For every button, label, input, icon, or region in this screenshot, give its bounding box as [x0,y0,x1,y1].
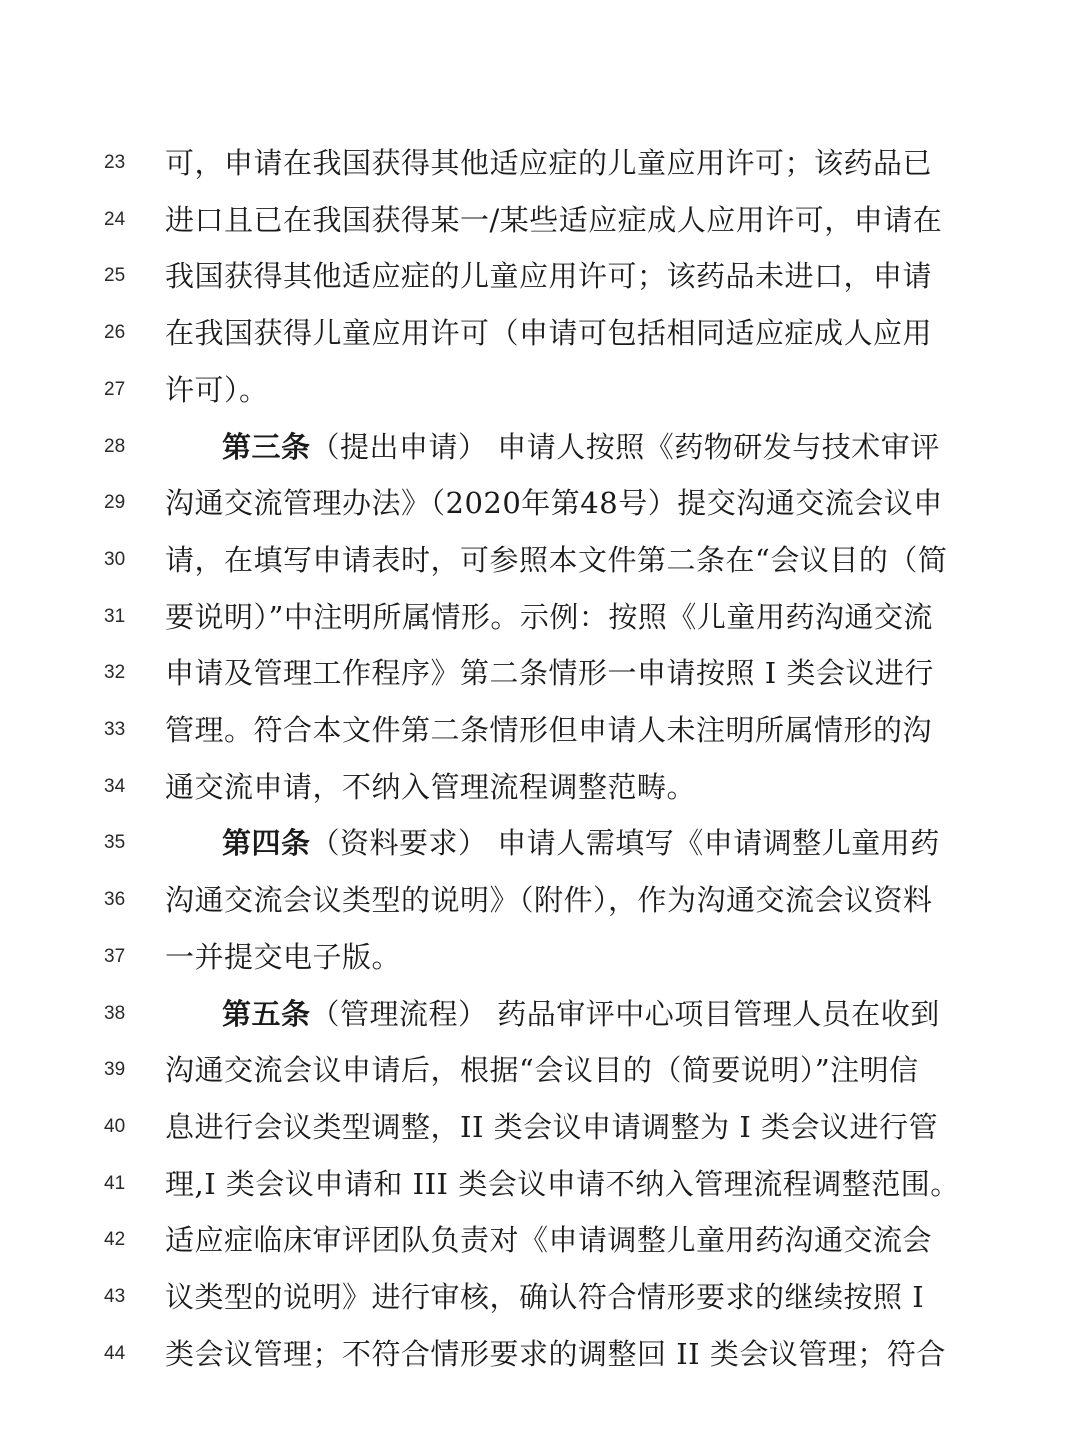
line-number: 27 [104,362,144,418]
line-text: 类会议管理；不符合情形要求的调整回 II 类会议管理；符合 [165,1326,917,1382]
line-number: 29 [104,475,144,531]
document-line: 39 沟通交流会议申请后，根据“会议目的（简要说明）”注明信 [0,1042,1080,1098]
line-text: 我国获得其他适应症的儿童应用许可；该药品未进口，申请 [165,248,917,304]
line-text: 沟通交流会议类型的说明》（附件），作为沟通交流会议资料 [165,872,917,928]
line-number: 24 [104,192,144,248]
article-heading-line: 28 第三条（提出申请） 申请人按照《药物研发与技术审评 [0,419,1080,475]
article-body: （管理流程） 药品审评中心项目管理人员在收到 [311,997,940,1031]
line-text: 在我国获得儿童应用许可（申请可包括相同适应症成人应用 [165,305,917,361]
line-text: 适应症临床审评团队负责对《申请调整儿童用药沟通交流会 [165,1212,917,1268]
line-text: 可，申请在我国获得其他适应症的儿童应用许可；该药品已 [165,135,917,191]
article-title: 第三条 [222,430,311,464]
line-text: 请，在填写申请表时，可参照本文件第二条在“会议目的（简 [165,532,917,588]
line-number: 35 [104,815,144,871]
document-line: 41 理,I 类会议申请和 III 类会议申请不纳入管理流程调整范围。 [0,1156,1080,1212]
line-text: 管理。符合本文件第二条情形但申请人未注明所属情形的沟 [165,702,917,758]
line-text: 通交流申请，不纳入管理流程调整范畴。 [165,759,917,815]
line-text: 许可）。 [165,362,917,418]
document-line: 32 申请及管理工作程序》第二条情形一申请按照 I 类会议进行 [0,645,1080,701]
document-line: 31 要说明）”中注明所属情形。示例：按照《儿童用药沟通交流 [0,589,1080,645]
line-number: 23 [104,135,144,191]
document-line: 34 通交流申请，不纳入管理流程调整范畴。 [0,759,1080,815]
line-number: 42 [104,1212,144,1268]
line-number: 26 [104,305,144,361]
document-line: 44 类会议管理；不符合情形要求的调整回 II 类会议管理；符合 [0,1326,1080,1382]
line-text: 申请及管理工作程序》第二条情形一申请按照 I 类会议进行 [165,645,917,701]
line-number: 44 [104,1326,144,1382]
document-line: 23 可，申请在我国获得其他适应症的儿童应用许可；该药品已 [0,135,1080,191]
article-heading-line: 38 第五条（管理流程） 药品审评中心项目管理人员在收到 [0,986,1080,1042]
article-title: 第四条 [222,826,311,860]
line-number: 31 [104,589,144,645]
document-line: 27 许可）。 [0,362,1080,418]
line-number: 37 [104,929,144,985]
line-text: 沟通交流管理办法》（2020年第48号）提交沟通交流会议申 [165,475,917,531]
document-line: 26 在我国获得儿童应用许可（申请可包括相同适应症成人应用 [0,305,1080,361]
document-line: 43 议类型的说明》进行审核，确认符合情形要求的继续按照 I [0,1269,1080,1325]
document-line: 33 管理。符合本文件第二条情形但申请人未注明所属情形的沟 [0,702,1080,758]
document-line: 25 我国获得其他适应症的儿童应用许可；该药品未进口，申请 [0,248,1080,304]
line-number: 40 [104,1099,144,1155]
line-number: 36 [104,872,144,928]
line-text: 第五条（管理流程） 药品审评中心项目管理人员在收到 [222,986,917,1042]
document-line: 40 息进行会议类型调整，II 类会议申请调整为 I 类会议进行管 [0,1099,1080,1155]
document-line: 42 适应症临床审评团队负责对《申请调整儿童用药沟通交流会 [0,1212,1080,1268]
line-text: 第三条（提出申请） 申请人按照《药物研发与技术审评 [222,419,917,475]
document-line: 24 进口且已在我国获得某一/某些适应症成人应用许可，申请在 [0,192,1080,248]
line-text: 理,I 类会议申请和 III 类会议申请不纳入管理流程调整范围。 [165,1156,917,1212]
line-text: 一并提交电子版。 [165,929,917,985]
line-number: 41 [104,1156,144,1212]
line-number: 28 [104,419,144,475]
line-number: 33 [104,702,144,758]
document-line: 36 沟通交流会议类型的说明》（附件），作为沟通交流会议资料 [0,872,1080,928]
line-text: 第四条（资料要求） 申请人需填写《申请调整儿童用药 [222,815,917,871]
line-text: 息进行会议类型调整，II 类会议申请调整为 I 类会议进行管 [165,1099,917,1155]
line-number: 34 [104,759,144,815]
line-number: 30 [104,532,144,588]
document-page: 23 可，申请在我国获得其他适应症的儿童应用许可；该药品已 24 进口且已在我国… [0,0,1080,1432]
document-line: 37 一并提交电子版。 [0,929,1080,985]
article-heading-line: 35 第四条（资料要求） 申请人需填写《申请调整儿童用药 [0,815,1080,871]
article-title: 第五条 [222,997,311,1031]
document-line: 30 请，在填写申请表时，可参照本文件第二条在“会议目的（简 [0,532,1080,588]
line-number: 39 [104,1042,144,1098]
line-number: 38 [104,986,144,1042]
line-text: 进口且已在我国获得某一/某些适应症成人应用许可，申请在 [165,192,917,248]
line-number: 25 [104,248,144,304]
line-text: 沟通交流会议申请后，根据“会议目的（简要说明）”注明信 [165,1042,917,1098]
line-number: 43 [104,1269,144,1325]
line-text: 要说明）”中注明所属情形。示例：按照《儿童用药沟通交流 [165,589,917,645]
article-body: （资料要求） 申请人需填写《申请调整儿童用药 [311,826,940,860]
article-body: （提出申请） 申请人按照《药物研发与技术审评 [311,430,940,464]
line-number: 32 [104,645,144,701]
line-text: 议类型的说明》进行审核，确认符合情形要求的继续按照 I [165,1269,917,1325]
document-line: 29 沟通交流管理办法》（2020年第48号）提交沟通交流会议申 [0,475,1080,531]
